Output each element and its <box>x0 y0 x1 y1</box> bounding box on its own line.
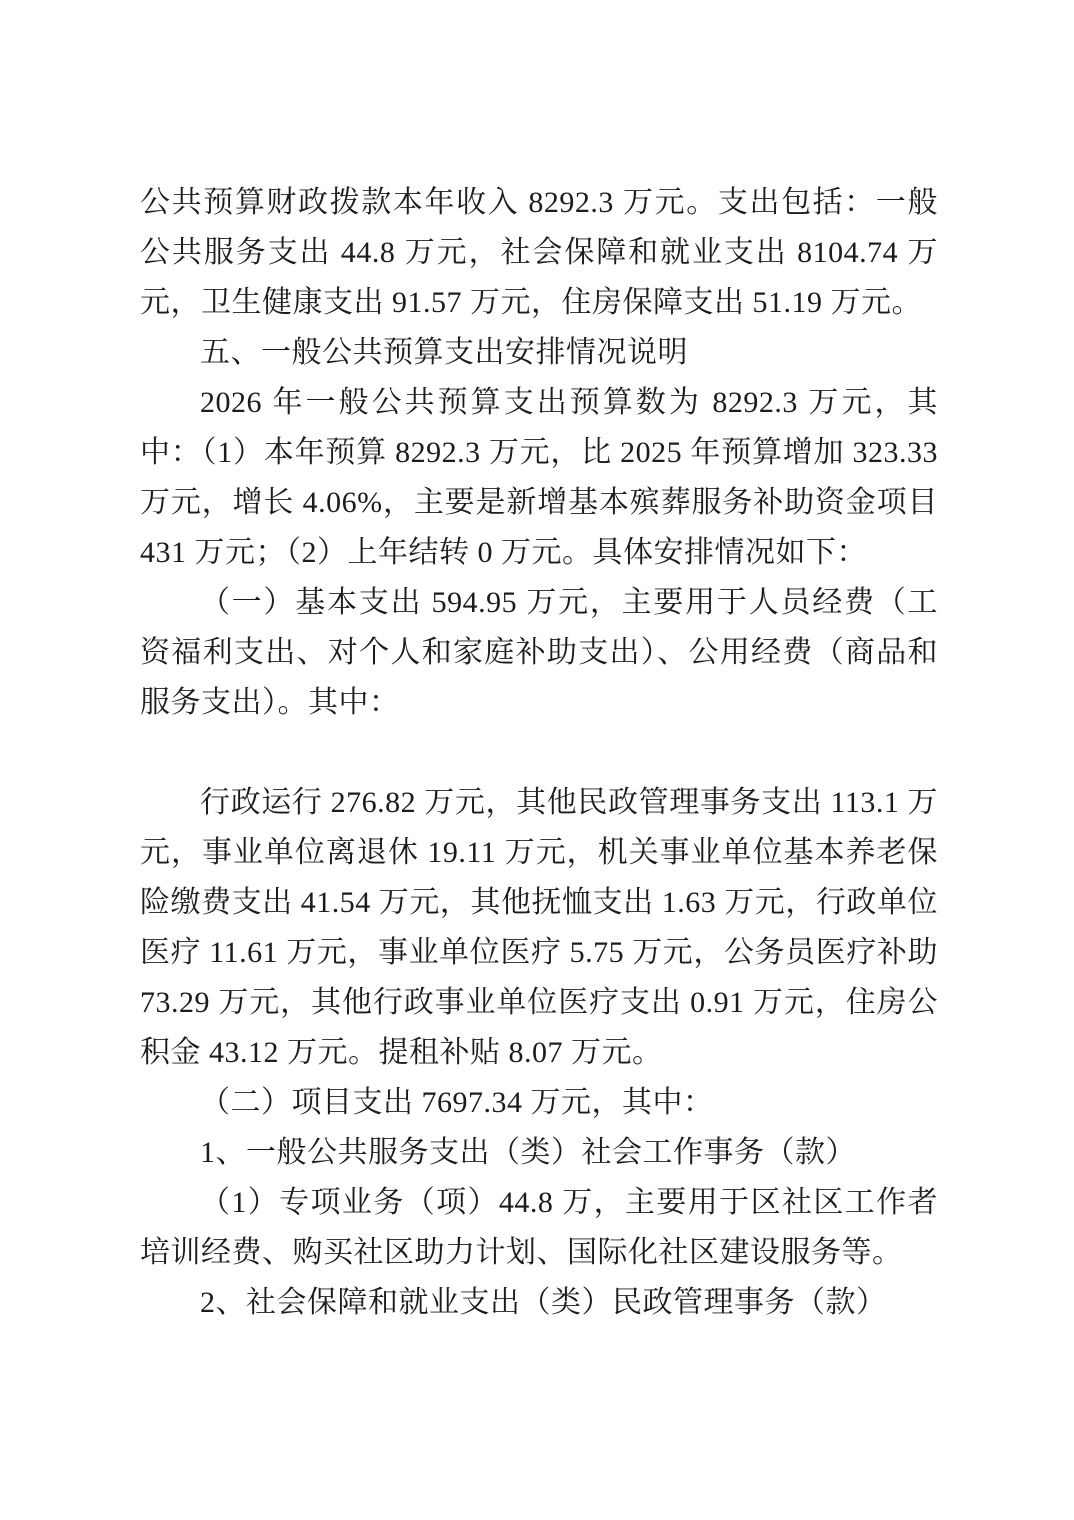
paragraph: （1）专项业务（项）44.8 万，主要用于区社区工作者培训经费、购买社区助力计划… <box>140 1178 938 1278</box>
paragraph: （一）基本支出 594.95 万元，主要用于人员经费（工资福利支出、对个人和家庭… <box>140 578 938 728</box>
section-heading: 五、一般公共预算支出安排情况说明 <box>140 328 938 378</box>
paragraph: 1、一般公共服务支出（类）社会工作事务（款） <box>140 1128 938 1178</box>
paragraph-continuation: 公共预算财政拨款本年收入 8292.3 万元。支出包括：一般公共服务支出 44.… <box>140 178 938 328</box>
paragraph: （二）项目支出 7697.34 万元，其中： <box>140 1078 938 1128</box>
paragraph: 2026 年一般公共预算支出预算数为 8292.3 万元，其中：（1）本年预算 … <box>140 378 938 578</box>
paragraph: 2、社会保障和就业支出（类）民政管理事务（款） <box>140 1278 938 1328</box>
document-page: 公共预算财政拨款本年收入 8292.3 万元。支出包括：一般公共服务支出 44.… <box>0 0 1074 1520</box>
blank-line <box>140 728 938 778</box>
document-content: 公共预算财政拨款本年收入 8292.3 万元。支出包括：一般公共服务支出 44.… <box>140 178 938 1328</box>
paragraph: 行政运行 276.82 万元，其他民政管理事务支出 113.1 万元，事业单位离… <box>140 778 938 1078</box>
